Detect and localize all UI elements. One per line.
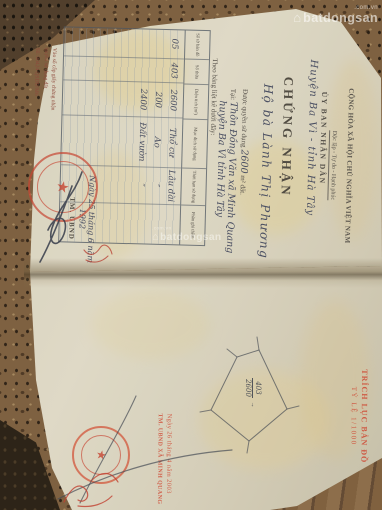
watermark-brand: batdongsan <box>303 12 378 25</box>
signature-dark-ink <box>40 172 82 262</box>
pen-stroke-arc <box>58 450 232 499</box>
pen-stroke-diagonal <box>80 396 136 503</box>
plot-polygon <box>211 350 287 441</box>
house-icon: ⌂ <box>293 13 301 23</box>
watermark-center: .com.vn ⌂ batdongsan <box>152 226 221 242</box>
red-ink-note <box>84 245 112 262</box>
red-signature <box>64 473 118 506</box>
photo-of-document: CỘNG HÒA XÃ HỘI CHỦ NGHĨA VIỆT NAM Độc l… <box>0 0 382 510</box>
plot-vertex-ticks <box>200 337 299 453</box>
watermark-brand: batdongsan <box>160 232 221 242</box>
ink-overlay <box>0 0 382 510</box>
watermark-top-right: .com.vn ⌂ batdongsan <box>293 5 378 25</box>
house-icon: ⌂ <box>152 233 158 241</box>
